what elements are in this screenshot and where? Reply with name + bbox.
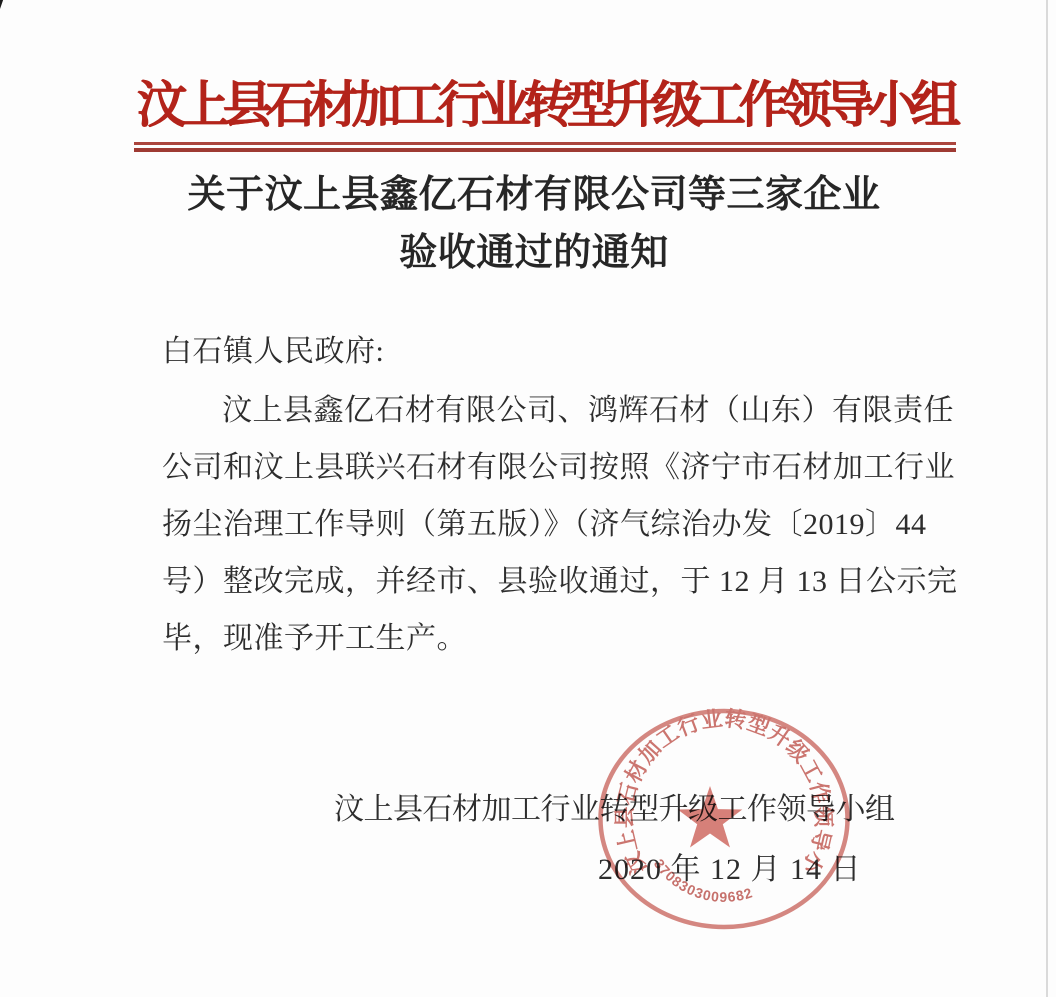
document-title: 关于汶上县鑫亿石材有限公司等三家企业 验收通过的通知 xyxy=(0,166,1056,282)
date-line: 2020 年 12 月 14 日 xyxy=(598,850,862,890)
letterhead-org-name: 汶上县石材加工行业转型升级工作领导小组 xyxy=(0,76,1056,134)
salutation: 白石镇人民政府: xyxy=(162,332,384,372)
paragraph-line: 汶上县鑫亿石材有限公司、鸿辉石材（山东）有限责任 xyxy=(222,382,962,439)
document-title-line2: 验收通过的通知 xyxy=(12,224,1056,282)
paragraph-line: 公司和汶上县联兴石材有限公司按照《济宁市石材加工行业 xyxy=(162,439,962,496)
signature-line: 汶上县石材加工行业转型升级工作领导小组 xyxy=(334,790,895,830)
scan-edge-line xyxy=(1046,0,1048,997)
red-separator-rule xyxy=(134,142,956,152)
body-paragraph: 汶上县鑫亿石材有限公司、鸿辉石材（山东）有限责任 公司和汶上县联兴石材有限公司按… xyxy=(162,382,962,667)
document-title-line1: 关于汶上县鑫亿石材有限公司等三家企业 xyxy=(12,166,1056,224)
scan-artifact-line xyxy=(0,0,5,38)
document-page: 汶上县石材加工行业转型升级工作领导小组 关于汶上县鑫亿石材有限公司等三家企业 验… xyxy=(0,0,1056,997)
paragraph-line: 扬尘治理工作导则（第五版）》（济气综治办发〔2019〕44 xyxy=(162,496,962,553)
paragraph-line: 毕，现准予开工生产。 xyxy=(162,610,962,667)
paragraph-line: 号）整改完成，并经市、县验收通过，于 12 月 13 日公示完 xyxy=(162,553,962,610)
